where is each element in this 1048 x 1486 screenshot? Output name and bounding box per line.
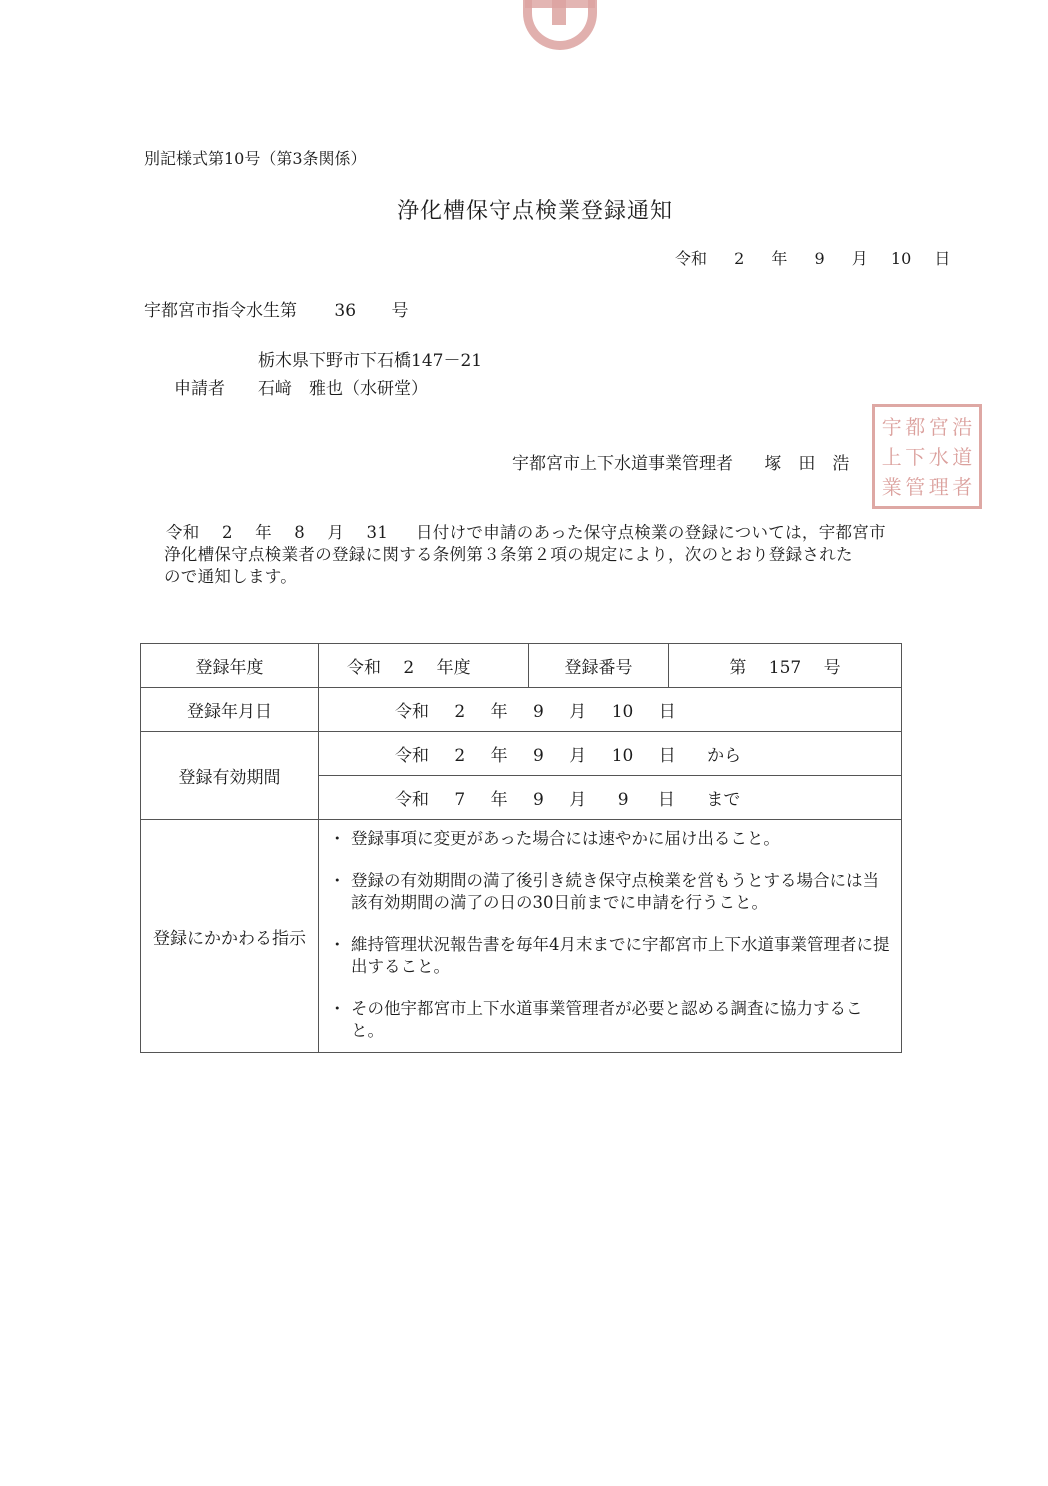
table-row-registration-date: 登録年月日 令和 2 年 9 月 10 日 xyxy=(141,688,902,732)
bullet-icon: ・ xyxy=(329,828,351,850)
bullet-icon: ・ xyxy=(329,998,351,1042)
form-label: 別記様式第10号（第3条関係） xyxy=(144,146,367,169)
validity-from-value: 令和 2 年 9 月 10 日 から xyxy=(319,732,902,776)
applicant-label: 申請者 xyxy=(174,374,225,399)
issuer-title: 宇都宮市上下水道事業管理者 xyxy=(512,454,733,474)
instruction-item: ・ 登録の有効期間の満了後引き続き保守点検業を営もうとする場合には当該有効期間の… xyxy=(329,870,891,914)
registration-number-value: 第 157 号 xyxy=(669,644,902,688)
registration-number-label: 登録番号 xyxy=(529,644,669,688)
top-seal-stamp xyxy=(515,0,605,60)
issue-date: 令和 2 年 9 月 10 日 xyxy=(675,246,950,269)
registration-table: 登録年度 令和 2 年度 登録番号 第 157 号 登録年月日 令和 2 年 9… xyxy=(140,643,902,1053)
instruction-item: ・ その他宇都宮市上下水道事業管理者が必要と認める調査に協力すること。 xyxy=(329,998,891,1042)
validity-period-label: 登録有効期間 xyxy=(141,732,319,820)
official-seal-stamp: 宇 都 宮 浩 上 下 水 道 業 管 理 者 xyxy=(872,404,982,509)
instructions-list: ・ 登録事項に変更があった場合には速やかに届け出ること。 ・ 登録の有効期間の満… xyxy=(319,820,902,1053)
table-row-instructions: 登録にかかわる指示 ・ 登録事項に変更があった場合には速やかに届け出ること。 ・… xyxy=(141,820,902,1053)
instruction-item: ・ 維持管理状況報告書を毎年4月末までに宇都宮市上下水道事業管理者に提出すること… xyxy=(329,934,891,978)
instructions-label: 登録にかかわる指示 xyxy=(141,820,319,1053)
document-title: 浄化槽保守点検業登録通知 xyxy=(397,194,673,225)
reference-number: 宇都宮市指令水生第 36 号 xyxy=(144,296,408,321)
table-row-registration-year: 登録年度 令和 2 年度 登録番号 第 157 号 xyxy=(141,644,902,688)
issuer-name: 塚 田 浩 xyxy=(764,454,849,474)
validity-to-value: 令和 7 年 9 月 9 日 まで xyxy=(319,776,902,820)
bullet-icon: ・ xyxy=(329,870,351,914)
applicant-name: 石﨑 雅也（水研堂） xyxy=(258,374,428,399)
applicant-address: 栃木県下野市下石橋147－21 xyxy=(258,346,482,371)
bullet-icon: ・ xyxy=(329,934,351,978)
instruction-item: ・ 登録事項に変更があった場合には速やかに届け出ること。 xyxy=(329,828,891,850)
registration-date-value: 令和 2 年 9 月 10 日 xyxy=(319,688,902,732)
registration-year-label: 登録年度 xyxy=(141,644,319,688)
issuer: 宇都宮市上下水道事業管理者 塚 田 浩 xyxy=(512,449,849,474)
registration-year-value: 令和 2 年度 xyxy=(319,644,529,688)
notification-body: 令和 2 年 8 月 31 日付けで申請のあった保守点検業の登録については，宇都… xyxy=(166,522,956,588)
registration-date-label: 登録年月日 xyxy=(141,688,319,732)
table-row-validity-from: 登録有効期間 令和 2 年 9 月 10 日 から xyxy=(141,732,902,776)
